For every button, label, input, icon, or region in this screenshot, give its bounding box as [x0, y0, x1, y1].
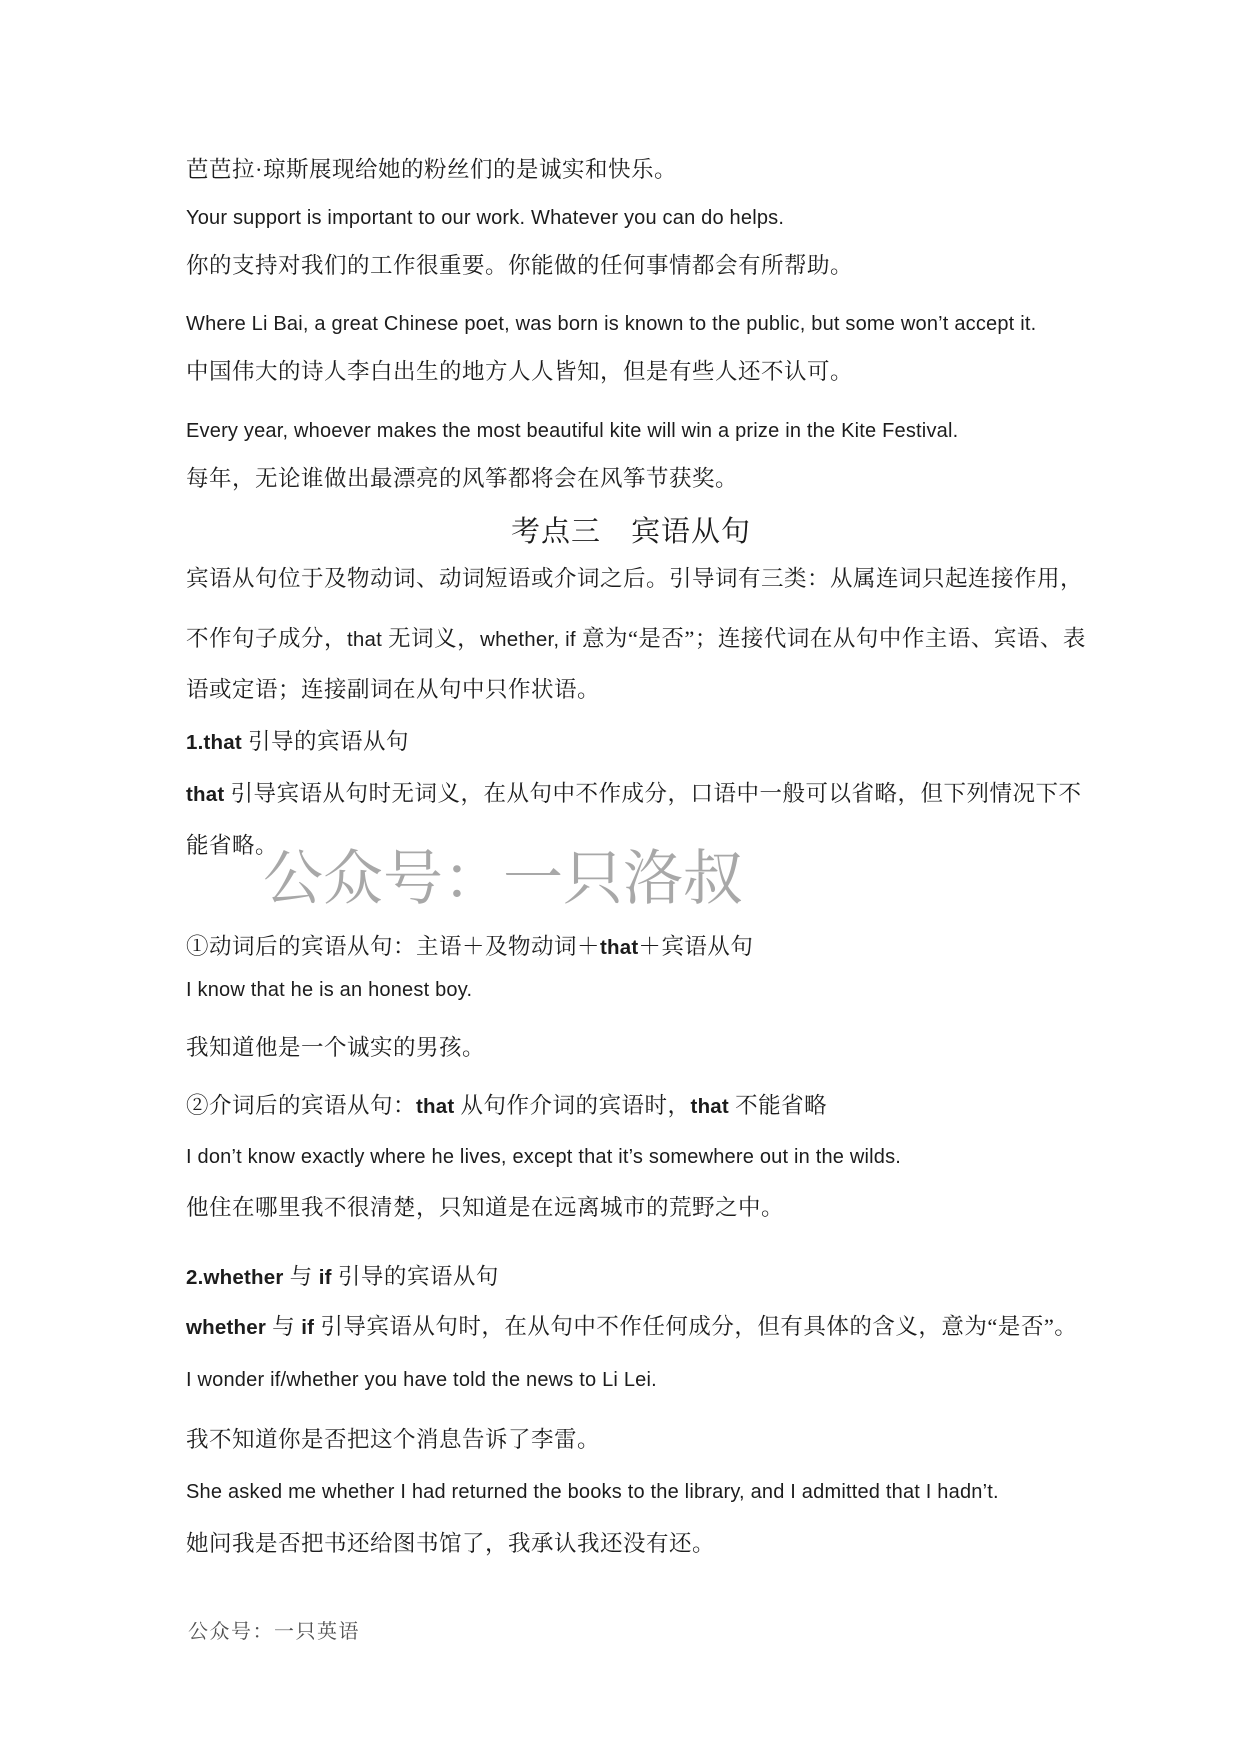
- text-segment: 能省略。: [186, 833, 278, 858]
- text-line: Where Li Bai, a great Chinese poet, was …: [186, 308, 1036, 340]
- text-segment: I don’t know exactly where he lives, exc…: [186, 1146, 901, 1168]
- keyword-text: that: [600, 936, 638, 959]
- text-line: 我不知道你是否把这个消息告诉了李雷。: [186, 1424, 600, 1456]
- text-segment: 她问我是否把书还给图书馆了，我承认我还没有还。: [186, 1531, 715, 1556]
- text-segment: ①动词后的宾语从句：主语＋及物动词＋: [186, 934, 600, 959]
- text-segment: 不能省略: [729, 1093, 827, 1118]
- text-line: ①动词后的宾语从句：主语＋及物动词＋that＋宾语从句: [186, 931, 753, 964]
- keyword-text: that: [186, 783, 224, 806]
- text-segment: 引导宾语从句时，在从句中不作任何成分，但有具体的含义，意为“是否”。: [314, 1314, 1077, 1339]
- text-line: 宾语从句位于及物动词、动词短语或介词之后。引导词有三类：从属连词只起连接作用，: [186, 563, 1083, 595]
- text-line: 2.whether 与 if 引导的宾语从句: [186, 1261, 499, 1294]
- text-line: I know that he is an honest boy.: [186, 974, 472, 1006]
- text-line: Your support is important to our work. W…: [186, 202, 784, 234]
- text-line: Every year, whoever makes the most beaut…: [186, 415, 958, 447]
- footer-note: 公众号：一只英语: [188, 1616, 360, 1648]
- text-segment: Your support is important to our work. W…: [186, 207, 784, 229]
- text-segment: 与: [284, 1264, 319, 1289]
- text-segment: 引导的宾语从句: [242, 729, 409, 754]
- text-line: I wonder if/whether you have told the ne…: [186, 1364, 657, 1396]
- text-segment: 引导的宾语从句: [332, 1264, 499, 1289]
- text-line: I don’t know exactly where he lives, exc…: [186, 1141, 901, 1173]
- text-segment: ②介词后的宾语从句：: [186, 1093, 416, 1118]
- watermark: 公众号：一只洛叔: [263, 833, 743, 925]
- text-segment: I know that he is an honest boy.: [186, 979, 472, 1001]
- text-line: 你的支持对我们的工作很重要。你能做的任何事情都会有所帮助。: [186, 250, 853, 282]
- text-segment: 不作句子成分，: [186, 626, 347, 651]
- text-line: She asked me whether I had returned the …: [186, 1476, 999, 1508]
- text-line: 每年，无论谁做出最漂亮的风筝都将会在风筝节获奖。: [186, 463, 738, 495]
- text-line: 能省略。: [186, 830, 278, 862]
- text-segment: Every year, whoever makes the most beaut…: [186, 420, 958, 442]
- text-line: 她问我是否把书还给图书馆了，我承认我还没有还。: [186, 1528, 715, 1560]
- text-line: whether 与 if 引导宾语从句时，在从句中不作任何成分，但有具体的含义，…: [186, 1311, 1077, 1344]
- text-line: that 引导宾语从句时无词义，在从句中不作成分，口语中一般可以省略，但下列情况…: [186, 778, 1082, 811]
- keyword-text: whether: [186, 1316, 266, 1339]
- keyword-text: if: [319, 1266, 332, 1289]
- text-segment: whether, if: [480, 628, 576, 651]
- text-segment: 意为“是否”；连接代词在从句中作主语、宾语、表: [576, 626, 1086, 651]
- text-segment: 中国伟大的诗人李白出生的地方人人皆知，但是有些人还不认可。: [186, 359, 853, 384]
- text-segment: 我知道他是一个诚实的男孩。: [186, 1035, 485, 1060]
- text-segment: 宾语从句位于及物动词、动词短语或介词之后。引导词有三类：从属连词只起连接作用，: [186, 566, 1083, 591]
- text-segment: 你的支持对我们的工作很重要。你能做的任何事情都会有所帮助。: [186, 253, 853, 278]
- text-segment: that: [347, 628, 382, 651]
- text-segment: ＋宾语从句: [638, 934, 753, 959]
- keyword-text: that: [416, 1095, 454, 1118]
- text-segment: 无词义，: [382, 626, 480, 651]
- text-line: 中国伟大的诗人李白出生的地方人人皆知，但是有些人还不认可。: [186, 356, 853, 388]
- keyword-text: if: [301, 1316, 314, 1339]
- text-segment: 从句作介词的宾语时，: [454, 1093, 690, 1118]
- text-segment: 他住在哪里我不很清楚，只知道是在远离城市的荒野之中。: [186, 1195, 784, 1220]
- text-line: ②介词后的宾语从句：that 从句作介词的宾语时，that 不能省略: [186, 1090, 827, 1123]
- text-line: 不作句子成分，that 无词义，whether, if 意为“是否”；连接代词在…: [186, 623, 1086, 656]
- text-segment: 芭芭拉·琼斯展现给她的粉丝们的是诚实和快乐。: [186, 157, 677, 182]
- text-segment: 语或定语；连接副词在从句中只作状语。: [186, 677, 600, 702]
- section-heading: 考点三 宾语从句: [186, 512, 1076, 552]
- text-line: 1.that 引导的宾语从句: [186, 726, 409, 759]
- text-line: 语或定语；连接副词在从句中只作状语。: [186, 674, 600, 706]
- text-line: 芭芭拉·琼斯展现给她的粉丝们的是诚实和快乐。: [186, 154, 677, 186]
- text-segment: I wonder if/whether you have told the ne…: [186, 1369, 657, 1391]
- keyword-text: 2.whether: [186, 1266, 284, 1289]
- text-segment: 我不知道你是否把这个消息告诉了李雷。: [186, 1427, 600, 1452]
- text-segment: 引导宾语从句时无词义，在从句中不作成分，口语中一般可以省略，但下列情况下不: [224, 781, 1081, 806]
- keyword-text: 1.that: [186, 731, 242, 754]
- text-segment: 每年，无论谁做出最漂亮的风筝都将会在风筝节获奖。: [186, 466, 738, 491]
- text-line: 他住在哪里我不很清楚，只知道是在远离城市的荒野之中。: [186, 1192, 784, 1224]
- text-segment: 与: [266, 1314, 301, 1339]
- text-segment: Where Li Bai, a great Chinese poet, was …: [186, 313, 1036, 335]
- keyword-text: that: [691, 1095, 729, 1118]
- text-line: 我知道他是一个诚实的男孩。: [186, 1032, 485, 1064]
- document-page: 公众号：一只洛叔 考点三 宾语从句 芭芭拉·琼斯展现给她的粉丝们的是诚实和快乐。…: [0, 0, 1240, 1755]
- text-segment: She asked me whether I had returned the …: [186, 1481, 999, 1503]
